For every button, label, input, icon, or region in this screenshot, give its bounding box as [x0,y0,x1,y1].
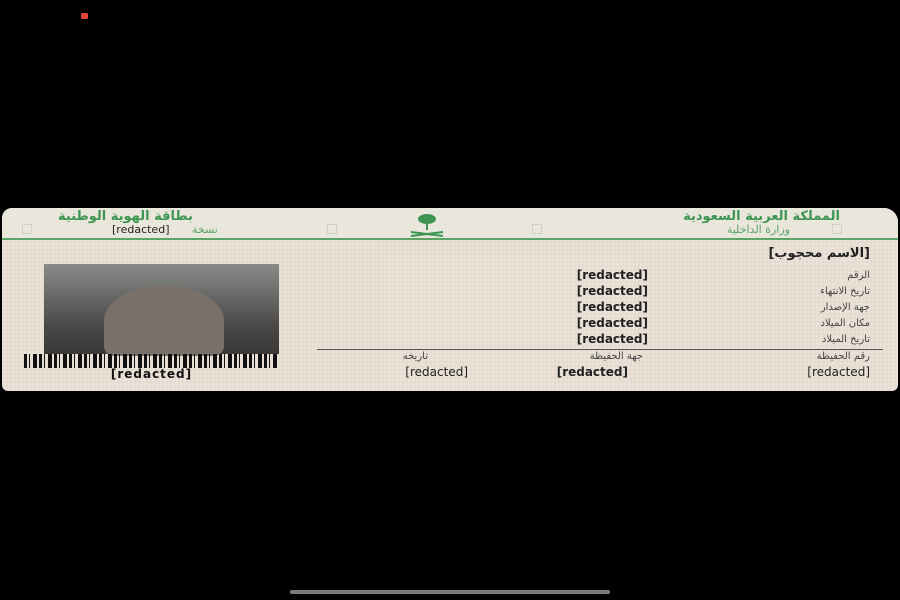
footer-label-issuer: جهة الحفيظة [590,351,643,362]
barcode [24,354,279,368]
footer-value-issuer: [redacted] [557,365,628,379]
footer-value-record-no: [redacted] [807,365,870,379]
field-value-issuer: [redacted] [577,300,648,314]
home-indicator-bar[interactable] [290,590,610,594]
recording-indicator-dot [81,13,88,19]
card-type-title: بطاقة الهوية الوطنية [58,209,193,224]
footer-value-date: [redacted] [405,365,468,379]
field-label-expiry: تاريخ الانتهاء [820,286,870,297]
field-label-id-number: الرقم [847,270,870,281]
barcode-number: [redacted] [24,367,279,381]
field-value-birthdate: [redacted] [577,332,648,346]
holder-name: [الاسم محجوب] [768,246,870,261]
footer-label-date: تاريخه [403,351,428,362]
decor-square [22,224,32,234]
field-label-issuer: جهة الإصدار [821,302,870,313]
holder-photo-placeholder [44,264,279,354]
copy-label: نسخة [192,223,218,236]
decor-square [532,224,542,234]
field-label-birthplace: مكان الميلاد [821,318,871,329]
id-card: المملكة العربية السعودية وزارة الداخلية … [2,208,898,391]
divider-line [317,349,883,350]
palm-swords-emblem-icon [407,212,447,238]
field-value-birthplace: [redacted] [577,316,648,330]
copy-number: [redacted] [112,223,169,236]
field-value-expiry: [redacted] [577,284,648,298]
decor-square [327,224,337,234]
footer-label-record-no: رقم الحفيظة [817,351,870,362]
field-label-birthdate: تاريخ الميلاد [822,334,870,345]
field-value-id-number: [redacted] [577,268,648,282]
portrait-silhouette [104,286,224,356]
decor-square [832,224,842,234]
ministry-subtitle: وزارة الداخلية [727,223,790,236]
country-title: المملكة العربية السعودية [683,209,840,224]
card-header: المملكة العربية السعودية وزارة الداخلية … [2,208,898,240]
